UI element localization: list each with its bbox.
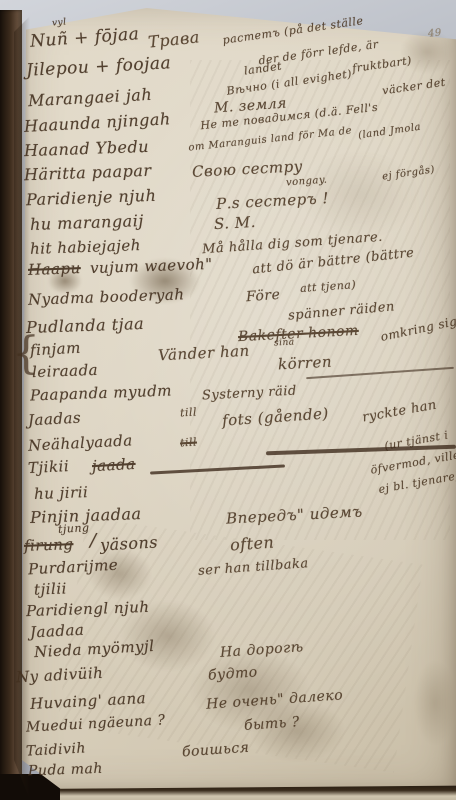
handwritten-gloss-superscript: till xyxy=(180,406,198,420)
handwritten-word-struck: Haapu xyxy=(28,259,81,279)
handwritten-word: Jaadaa xyxy=(30,621,85,642)
handwritten-word: finjam xyxy=(30,339,82,360)
handwritten-word: Jaadas xyxy=(28,409,82,430)
notebook-photo: 49 vyl Nuñ + fōjaa Jilepou + foojaa Mara… xyxy=(0,0,456,800)
handwritten-word: Taidivih xyxy=(26,740,87,759)
handwritten-gloss: Före xyxy=(245,287,280,305)
handwritten-word: leiraada xyxy=(32,361,99,381)
handwritten-gloss-superscript: sina xyxy=(274,337,295,348)
page-number: 49 xyxy=(428,27,443,39)
handwritten-word: Puda mah xyxy=(28,761,103,780)
handwritten-gloss: often xyxy=(229,532,274,554)
insertion-slash: / xyxy=(90,530,97,551)
handwritten-word-struck: jaada xyxy=(92,455,136,475)
handwritten-gloss: S. M. xyxy=(214,213,257,233)
handwritten-word-superscript: vyl xyxy=(52,17,67,28)
handwritten-word-superscript: tjung xyxy=(58,521,90,536)
handwritten-word: tjilii xyxy=(34,579,67,598)
handwritten-word: hit habiejajeh xyxy=(30,236,141,258)
handwritten-word: yäsons xyxy=(100,532,159,554)
handwritten-word: hu jirii xyxy=(34,483,89,503)
handwritten-word: hu marangaij xyxy=(30,211,144,234)
handwritten-gloss-struck: till xyxy=(180,436,198,450)
handwritten-word-struck: firung xyxy=(24,535,74,555)
handwritten-gloss: körren xyxy=(278,353,333,374)
handwritten-word: Tjikii xyxy=(28,457,70,477)
